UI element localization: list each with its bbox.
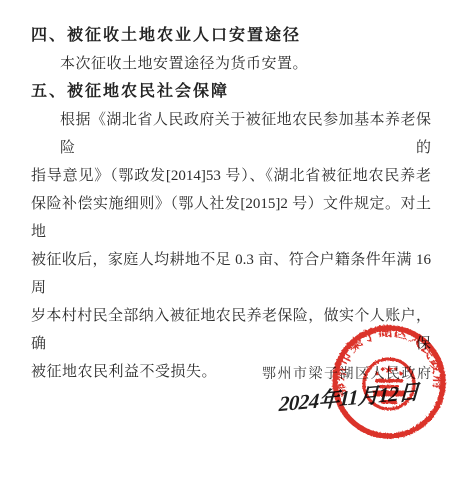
emblem-small-star-icon xyxy=(381,367,384,370)
document-line: 保险补偿实施细则》（鄂人社发[2015]2 号）文件规定。对土地 xyxy=(31,190,431,246)
emblem-small-star-icon xyxy=(399,372,402,375)
document-line: 本次征收土地安置途径为货币安置。 xyxy=(31,50,431,78)
scanned-document-page: 四、被征收土地农业人口安置途径 本次征收土地安置途径为货币安置。 五、被征地农民… xyxy=(0,0,460,495)
section-heading-5: 五、被征地农民社会保障 xyxy=(31,78,431,106)
document-line: 根据《湖北省人民政府关于被征地农民参加基本养老保险的 xyxy=(31,106,431,162)
document-line: 被征收后，家庭人均耕地不足 0.3 亩、符合户籍条件年满 16 周 xyxy=(31,246,431,302)
document-line: 指导意见》（鄂政发[2014]53 号）、《湖北省被征地农民养老 xyxy=(31,162,431,190)
emblem-small-star-icon xyxy=(375,372,378,375)
emblem-big-star-icon xyxy=(384,365,393,374)
section-heading-4: 四、被征收土地农业人口安置途径 xyxy=(31,22,431,50)
emblem-small-star-icon xyxy=(394,367,397,370)
